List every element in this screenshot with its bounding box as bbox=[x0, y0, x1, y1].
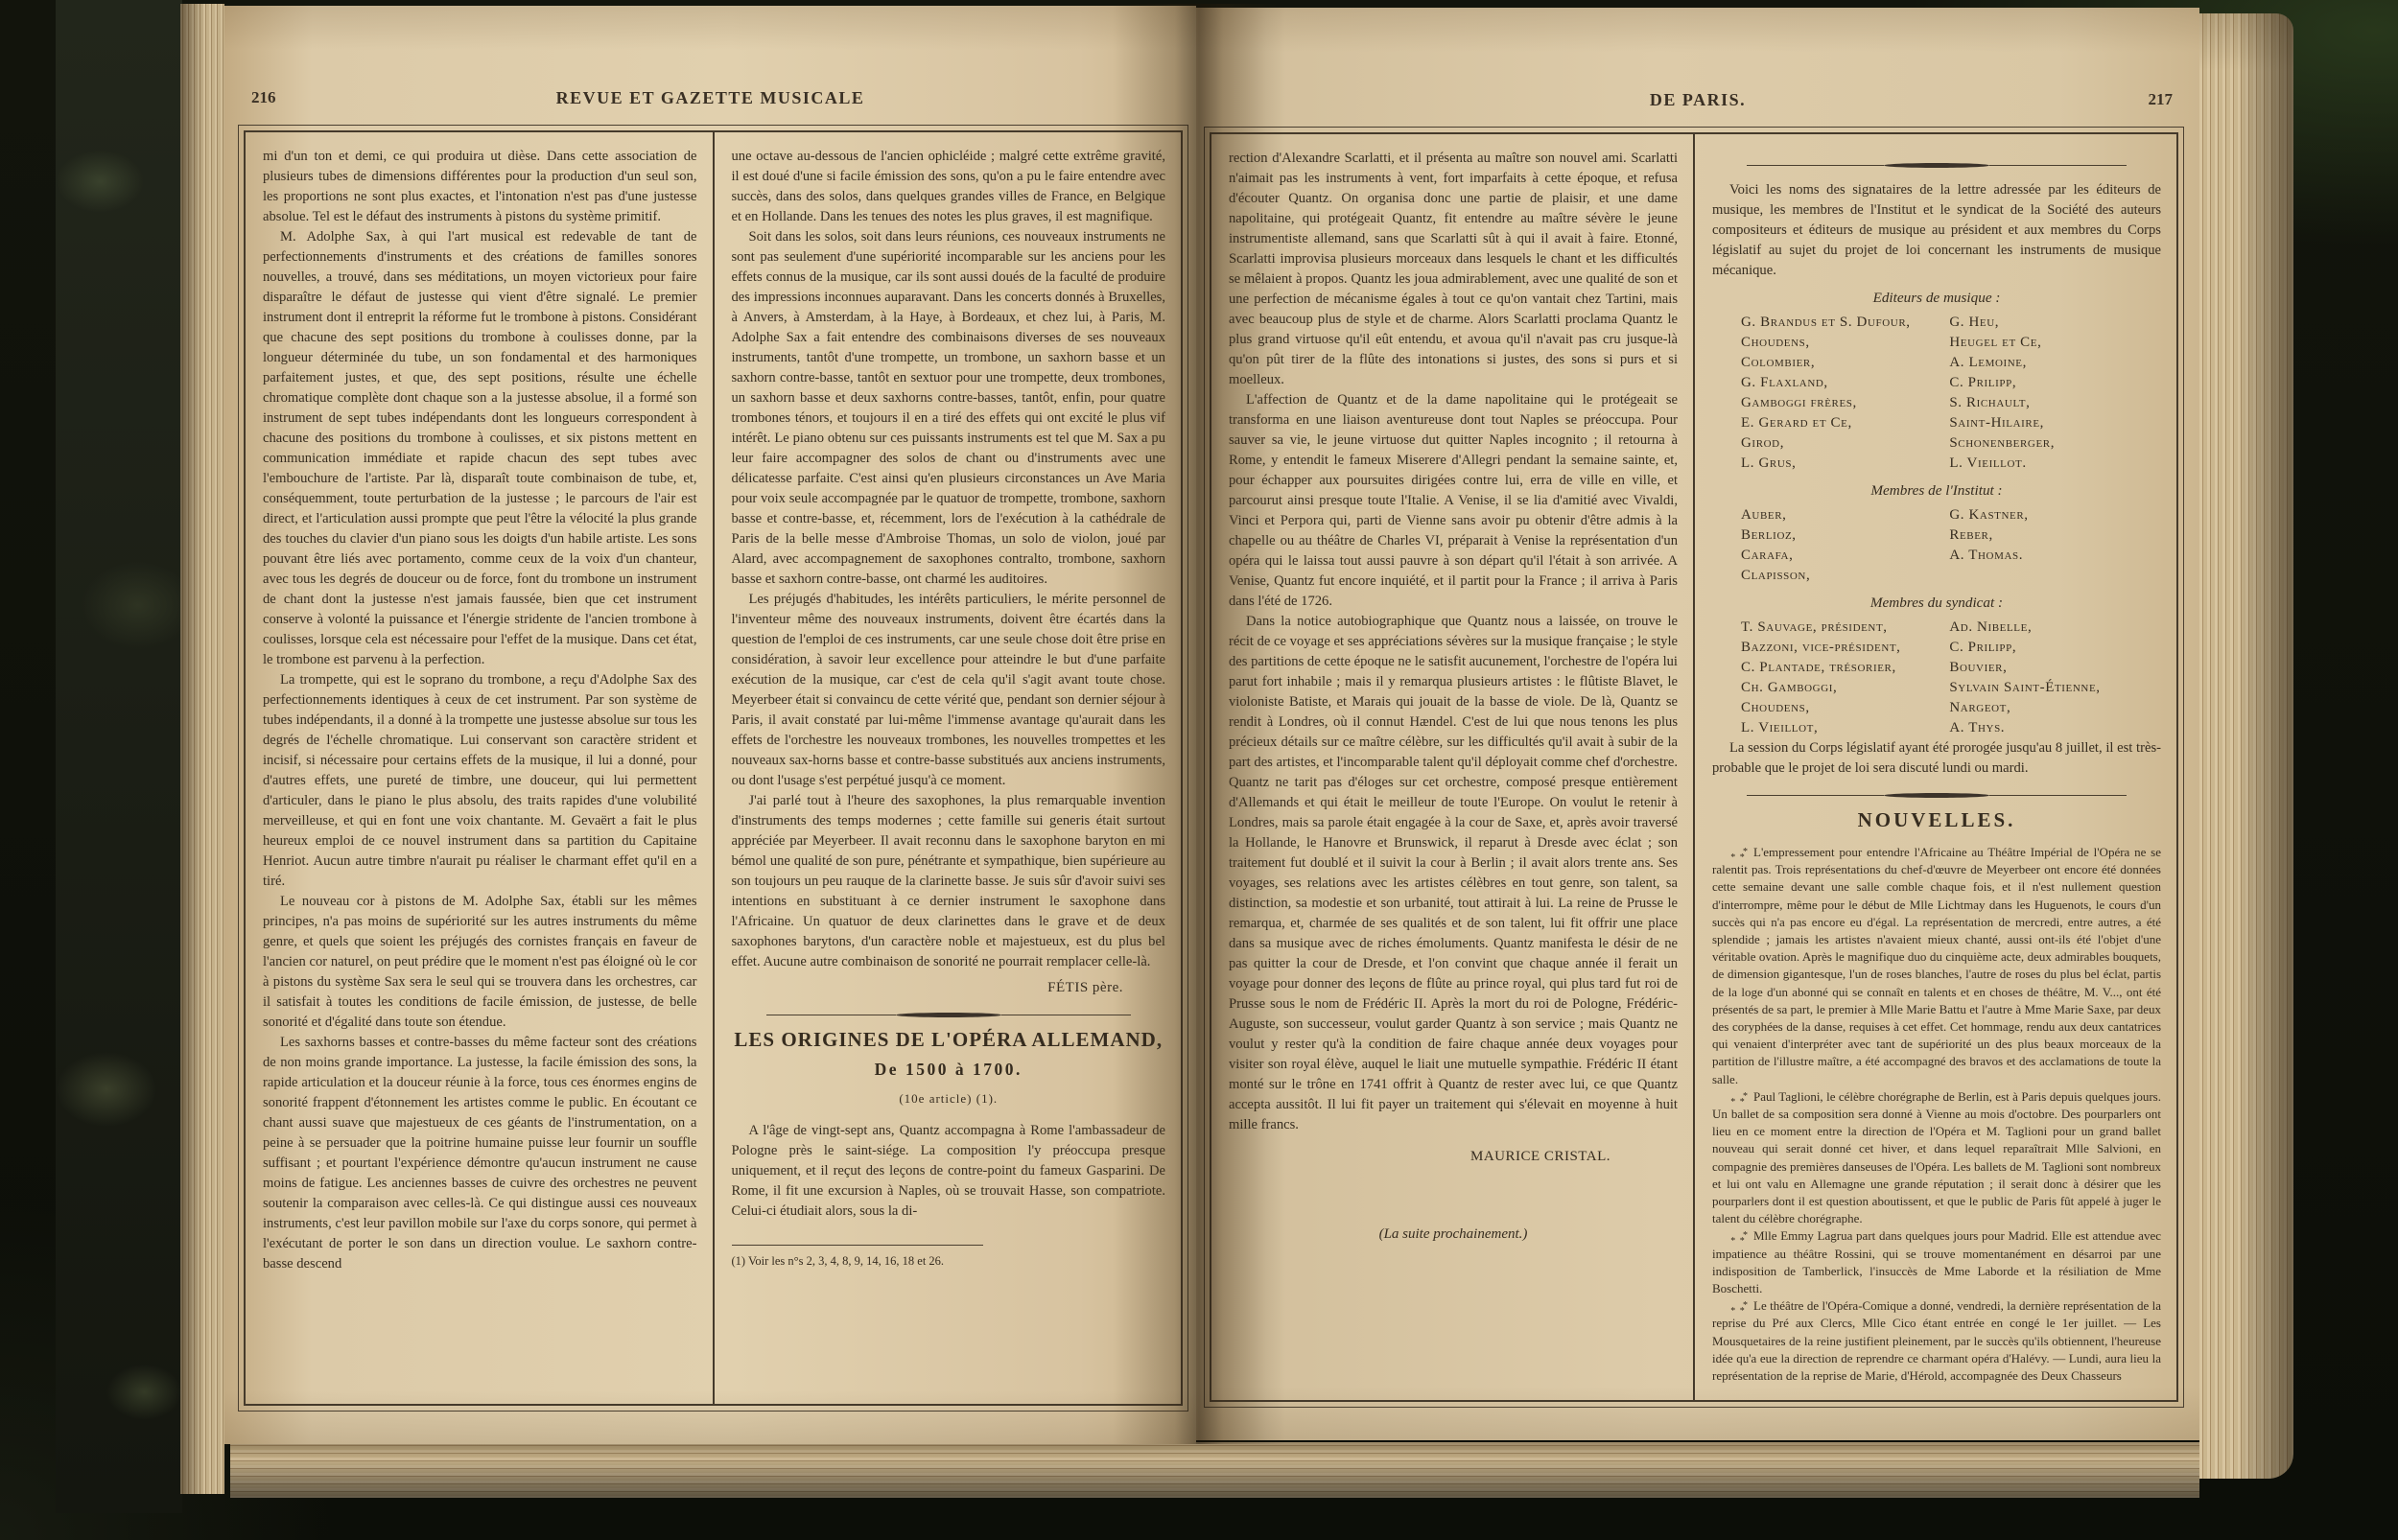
signatory-name: L. Grus, bbox=[1741, 454, 1945, 474]
signatory-name: C. Plantade, trésorier, bbox=[1741, 658, 1945, 678]
author-signature-fetis: FÉTIS père. bbox=[732, 978, 1166, 998]
photo-background: 216 REVUE ET GAZETTE MUSICALE mi d'un to… bbox=[0, 0, 2398, 1540]
separator-rule bbox=[1747, 793, 2127, 798]
news-text: Paul Taglioni, le célèbre chorégraphe de… bbox=[1712, 1089, 2161, 1225]
paragraph: A l'âge de vingt-sept ans, Quantz accomp… bbox=[732, 1121, 1166, 1222]
signatory-name: Saint-Hilaire, bbox=[1949, 413, 2161, 433]
page-header-right: DE PARIS. 217 bbox=[1221, 90, 2175, 119]
signatory-name: Gamboggi frères, bbox=[1741, 393, 1945, 413]
signatory-name: G. Heu, bbox=[1949, 313, 2161, 333]
signatories-intro: Voici les noms des signataires de la let… bbox=[1712, 180, 2161, 281]
continuation-note: (La suite prochainement.) bbox=[1229, 1225, 1678, 1245]
text-frame: mi d'un ton et demi, ce qui produira ut … bbox=[244, 130, 1183, 1406]
outer-frame-rule: rection d'Alexandre Scarlatti, et il pré… bbox=[1204, 127, 2184, 1408]
signatory-name: T. Sauvage, président, bbox=[1741, 618, 1945, 638]
running-title-left: REVUE ET GAZETTE MUSICALE bbox=[556, 88, 865, 107]
signatory-name: Sylvain Saint-Étienne, bbox=[1949, 678, 2161, 698]
paragraph: La trompette, qui est le soprano du trom… bbox=[263, 670, 697, 892]
page-edges-left bbox=[180, 4, 224, 1494]
signatory-name: S. Richault, bbox=[1949, 393, 2161, 413]
page-number-left: 216 bbox=[251, 88, 276, 107]
paragraph: J'ai parlé tout à l'heure des saxophones… bbox=[732, 791, 1166, 972]
editors-list-left: G. Brandus et S. Dufour, Choudens, Colom… bbox=[1712, 313, 1945, 474]
signatory-name: Heugel et Ce, bbox=[1949, 333, 2161, 353]
signatory-name: Schonenberger, bbox=[1949, 433, 2161, 454]
syndicat-heading: Membres du syndicat : bbox=[1712, 593, 2161, 613]
signatory-name: Auber, bbox=[1741, 505, 1945, 525]
page-number-right: 217 bbox=[2149, 90, 2174, 109]
syndicat-list-left: T. Sauvage, président, Bazzoni, vice-pré… bbox=[1712, 618, 1945, 738]
asterism-icon: * * * bbox=[1728, 1094, 1749, 1106]
page-216: 216 REVUE ET GAZETTE MUSICALE mi d'un to… bbox=[224, 6, 1196, 1444]
paragraph: M. Adolphe Sax, à qui l'art musical est … bbox=[263, 227, 697, 670]
signatory-name: A. Thys. bbox=[1949, 718, 2161, 738]
paragraph: une octave au-dessous de l'ancien ophicl… bbox=[732, 147, 1166, 227]
news-text: Le théâtre de l'Opéra-Comique a donné, v… bbox=[1712, 1298, 2161, 1383]
separator-rule bbox=[766, 1013, 1132, 1017]
left-page-column-2: une octave au-dessous de l'ancien ophicl… bbox=[713, 132, 1182, 1404]
signatory-name: Choudens, bbox=[1741, 698, 1945, 718]
institut-list-right: G. Kastner, Reber, A. Thomas. bbox=[1945, 505, 2161, 586]
signatory-name: Girod, bbox=[1741, 433, 1945, 454]
paragraph: Soit dans les solos, soit dans leurs réu… bbox=[732, 227, 1166, 590]
signatory-name: Bazzoni, vice-président, bbox=[1741, 638, 1945, 658]
paragraph: Les saxhorns basses et contre-basses du … bbox=[263, 1033, 697, 1274]
paragraph: Dans la notice autobiographique que Quan… bbox=[1229, 612, 1678, 1135]
separator-diamond bbox=[1884, 793, 1989, 798]
signatory-name: G. Kastner, bbox=[1949, 505, 2161, 525]
signatory-name: C. Prilipp, bbox=[1949, 373, 2161, 393]
news-item: * * *L'empressement pour entendre l'Afri… bbox=[1712, 844, 2161, 1088]
news-text: Mlle Emmy Lagrua part dans quelques jour… bbox=[1712, 1228, 2161, 1295]
signatory-name: G. Flaxland, bbox=[1741, 373, 1945, 393]
signatory-name: A. Thomas. bbox=[1949, 546, 2161, 566]
running-title-right: DE PARIS. bbox=[1650, 90, 1746, 109]
page-header-left: 216 REVUE ET GAZETTE MUSICALE bbox=[249, 88, 1171, 117]
editors-heading: Editeurs de musique : bbox=[1712, 288, 2161, 308]
separator-diamond bbox=[1884, 163, 1989, 168]
session-note: La session du Corps législatif ayant été… bbox=[1712, 738, 2161, 779]
separator-diamond bbox=[896, 1013, 1001, 1017]
left-page-column-1: mi d'un ton et demi, ce qui produira ut … bbox=[246, 132, 713, 1404]
asterism-icon: * * * bbox=[1728, 1233, 1749, 1245]
syndicat-list-right: Ad. Nibelle, C. Prilipp, Bouvier, Sylvai… bbox=[1945, 618, 2161, 738]
page-edges-bottom bbox=[230, 1442, 2199, 1498]
right-page-column-1: rection d'Alexandre Scarlatti, et il pré… bbox=[1211, 134, 1693, 1400]
text-frame: rection d'Alexandre Scarlatti, et il pré… bbox=[1210, 132, 2178, 1402]
paragraph: Les préjugés d'habitudes, les intérêts p… bbox=[732, 590, 1166, 791]
article-subtitle: De 1500 à 1700. bbox=[732, 1060, 1166, 1080]
asterism-icon: * * * bbox=[1728, 850, 1749, 861]
signatory-name: Nargeot, bbox=[1949, 698, 2161, 718]
news-item: * * *Le théâtre de l'Opéra-Comique a don… bbox=[1712, 1297, 2161, 1385]
right-page-column-2: Voici les noms des signataires de la let… bbox=[1693, 134, 2176, 1400]
signatory-name: Clapisson, bbox=[1741, 566, 1945, 586]
article-number-note: (10e article) (1). bbox=[732, 1088, 1166, 1108]
book-cover-left bbox=[56, 0, 182, 1513]
editors-list: G. Brandus et S. Dufour, Choudens, Colom… bbox=[1712, 313, 2161, 474]
page-edges-right bbox=[2199, 13, 2293, 1479]
signatory-name: A. Lemoine, bbox=[1949, 353, 2161, 373]
outer-frame-rule: mi d'un ton et demi, ce qui produira ut … bbox=[238, 125, 1188, 1412]
signatory-name: Berlioz, bbox=[1741, 525, 1945, 546]
signatory-name: G. Brandus et S. Dufour, bbox=[1741, 313, 1945, 333]
editors-list-right: G. Heu, Heugel et Ce, A. Lemoine, C. Pri… bbox=[1945, 313, 2161, 474]
paragraph: rection d'Alexandre Scarlatti, et il pré… bbox=[1229, 149, 1678, 390]
paragraph: Le nouveau cor à pistons de M. Adolphe S… bbox=[263, 892, 697, 1033]
signatory-name: L. Vieillot. bbox=[1949, 454, 2161, 474]
signatory-name: Reber, bbox=[1949, 525, 2161, 546]
signatory-name: Ad. Nibelle, bbox=[1949, 618, 2161, 638]
separator-rule bbox=[1747, 163, 2127, 168]
signatory-name: C. Prilipp, bbox=[1949, 638, 2161, 658]
syndicat-list: T. Sauvage, président, Bazzoni, vice-pré… bbox=[1712, 618, 2161, 738]
signatory-name: L. Vieillot, bbox=[1741, 718, 1945, 738]
signatory-name: Choudens, bbox=[1741, 333, 1945, 353]
signatory-name: E. Gerard et Ce, bbox=[1741, 413, 1945, 433]
signatory-name: Colombier, bbox=[1741, 353, 1945, 373]
paragraph: L'affection de Quantz et de la dame napo… bbox=[1229, 390, 1678, 612]
news-text: L'empressement pour entendre l'Africaine… bbox=[1712, 845, 2161, 1086]
news-item: * * *Mlle Emmy Lagrua part dans quelques… bbox=[1712, 1227, 2161, 1297]
nouvelles-heading: NOUVELLES. bbox=[1712, 810, 2161, 830]
footnote-rule bbox=[732, 1245, 983, 1246]
signatory-name: Bouvier, bbox=[1949, 658, 2161, 678]
institut-heading: Membres de l'Institut : bbox=[1712, 480, 2161, 501]
signatory-name: Carafa, bbox=[1741, 546, 1945, 566]
footnote: (1) Voir les n°s 2, 3, 4, 8, 9, 14, 16, … bbox=[732, 1253, 1166, 1270]
institut-list: Auber, Berlioz, Carafa, Clapisson, G. Ka… bbox=[1712, 505, 2161, 586]
author-signature-cristal: MAURICE CRISTAL. bbox=[1229, 1147, 1678, 1167]
institut-list-left: Auber, Berlioz, Carafa, Clapisson, bbox=[1712, 505, 1945, 586]
paragraph: mi d'un ton et demi, ce qui produira ut … bbox=[263, 147, 697, 227]
asterism-icon: * * * bbox=[1728, 1303, 1749, 1315]
article-title: LES ORIGINES DE L'OPÉRA ALLEMAND, bbox=[732, 1030, 1166, 1050]
news-item: * * *Paul Taglioni, le célèbre chorégrap… bbox=[1712, 1088, 2161, 1228]
page-217: DE PARIS. 217 rection d'Alexandre Scarla… bbox=[1196, 8, 2199, 1440]
signatory-name: Ch. Gamboggi, bbox=[1741, 678, 1945, 698]
